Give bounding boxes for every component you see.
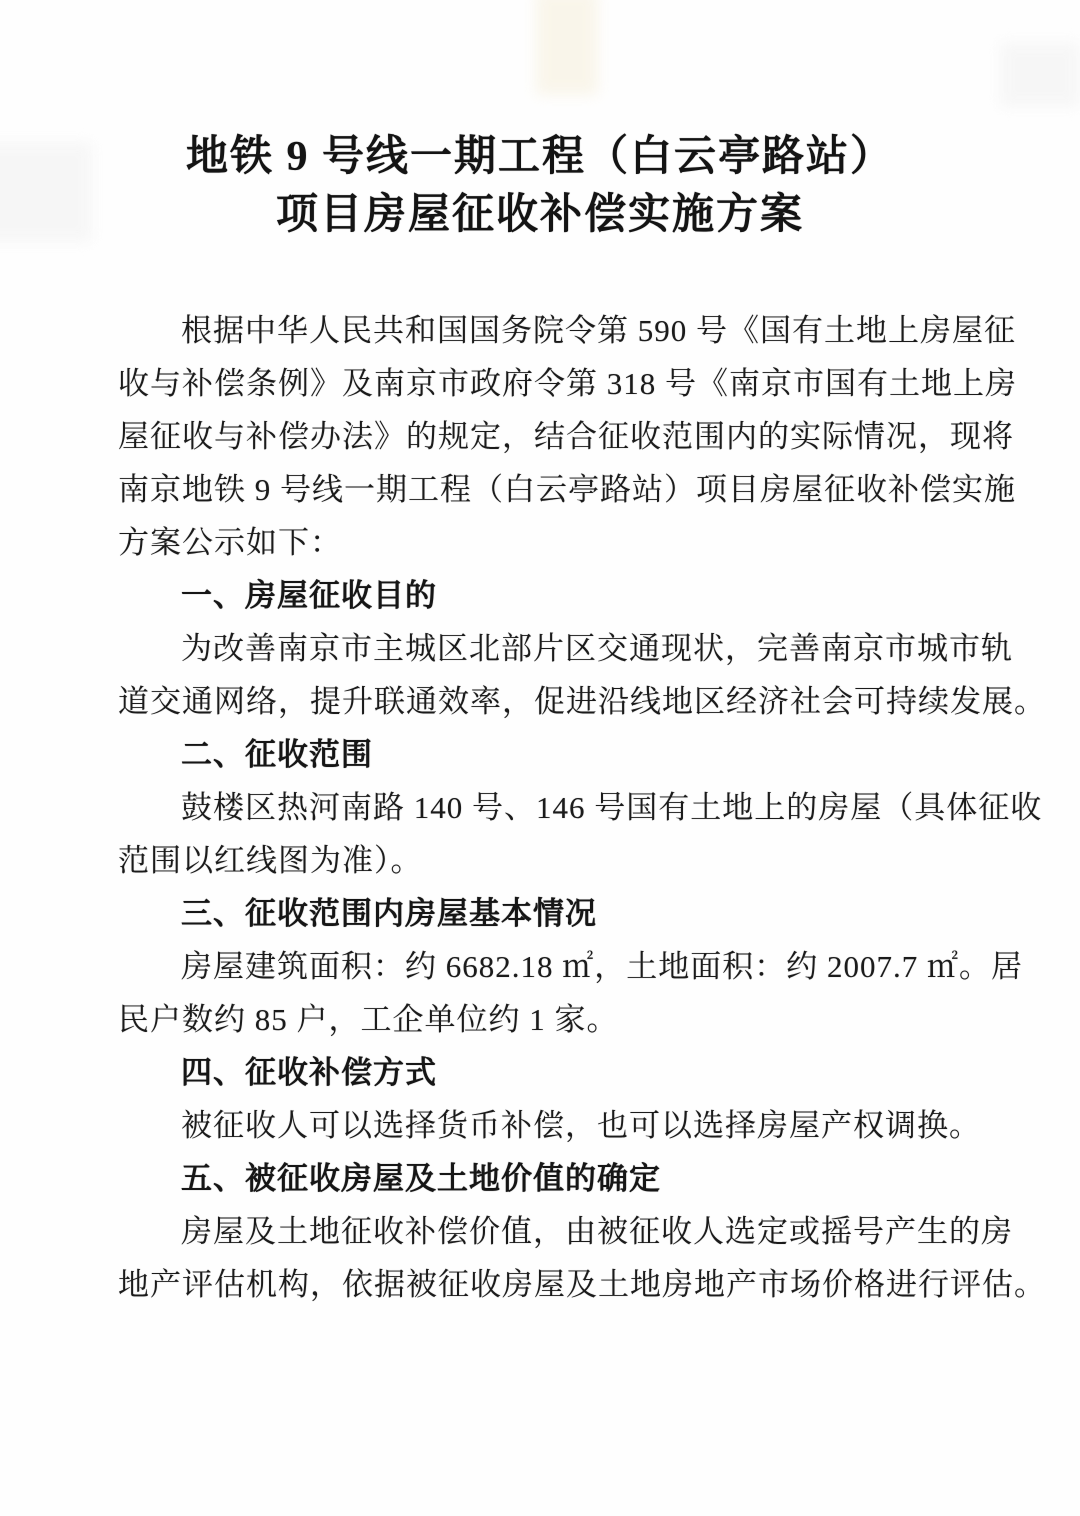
section-heading: 二、征收范围 bbox=[118, 728, 988, 781]
text-line: 房屋及土地征收补偿价值，由被征收人选定或摇号产生的房 bbox=[118, 1205, 988, 1258]
text-line: 为改善南京市主城区北部片区交通现状，完善南京市城市轨 bbox=[118, 622, 988, 675]
text-line: 南京地铁 9 号线一期工程（白云亭路站）项目房屋征收补偿实施 bbox=[118, 463, 988, 516]
text-line: 民户数约 85 户，工企单位约 1 家。 bbox=[118, 993, 988, 1046]
section-heading: 四、征收补偿方式 bbox=[118, 1046, 988, 1099]
text-line: 方案公示如下： bbox=[118, 516, 988, 569]
text-line: 地产评估机构，依据被征收房屋及土地房地产市场价格进行评估。 bbox=[118, 1258, 988, 1311]
text-line: 屋征收与补偿办法》的规定，结合征收范围内的实际情况，现将 bbox=[118, 410, 988, 463]
document-title-line-2: 项目房屋征收补偿实施方案 bbox=[0, 186, 1080, 244]
section-heading: 一、房屋征收目的 bbox=[118, 569, 988, 622]
scanned-document-page: 地铁 9 号线一期工程（白云亭路站） 项目房屋征收补偿实施方案 根据中华人民共和… bbox=[0, 0, 1080, 1516]
text-line: 房屋建筑面积：约 6682.18 ㎡，土地面积：约 2007.7 ㎡。居 bbox=[118, 940, 988, 993]
scan-artifact-top bbox=[536, 0, 598, 95]
text-line: 被征收人可以选择货币补偿，也可以选择房屋产权调换。 bbox=[118, 1099, 988, 1152]
section-heading: 三、征收范围内房屋基本情况 bbox=[118, 887, 988, 940]
text-line: 范围以红线图为准）。 bbox=[118, 834, 988, 887]
text-line: 收与补偿条例》及南京市政府令第 318 号《南京市国有土地上房 bbox=[118, 357, 988, 410]
section-heading: 五、被征收房屋及土地价值的确定 bbox=[118, 1152, 988, 1205]
text-line: 鼓楼区热河南路 140 号、146 号国有土地上的房屋（具体征收 bbox=[118, 781, 988, 834]
document-title: 地铁 9 号线一期工程（白云亭路站） 项目房屋征收补偿实施方案 bbox=[0, 128, 1080, 244]
text-line: 道交通网络，提升联通效率，促进沿线地区经济社会可持续发展。 bbox=[118, 675, 988, 728]
document-title-line-1: 地铁 9 号线一期工程（白云亭路站） bbox=[0, 128, 1080, 186]
text-line: 根据中华人民共和国国务院令第 590 号《国有土地上房屋征 bbox=[118, 304, 988, 357]
scan-artifact-right bbox=[1000, 42, 1080, 107]
document-body: 根据中华人民共和国国务院令第 590 号《国有土地上房屋征收与补偿条例》及南京市… bbox=[118, 304, 988, 1311]
